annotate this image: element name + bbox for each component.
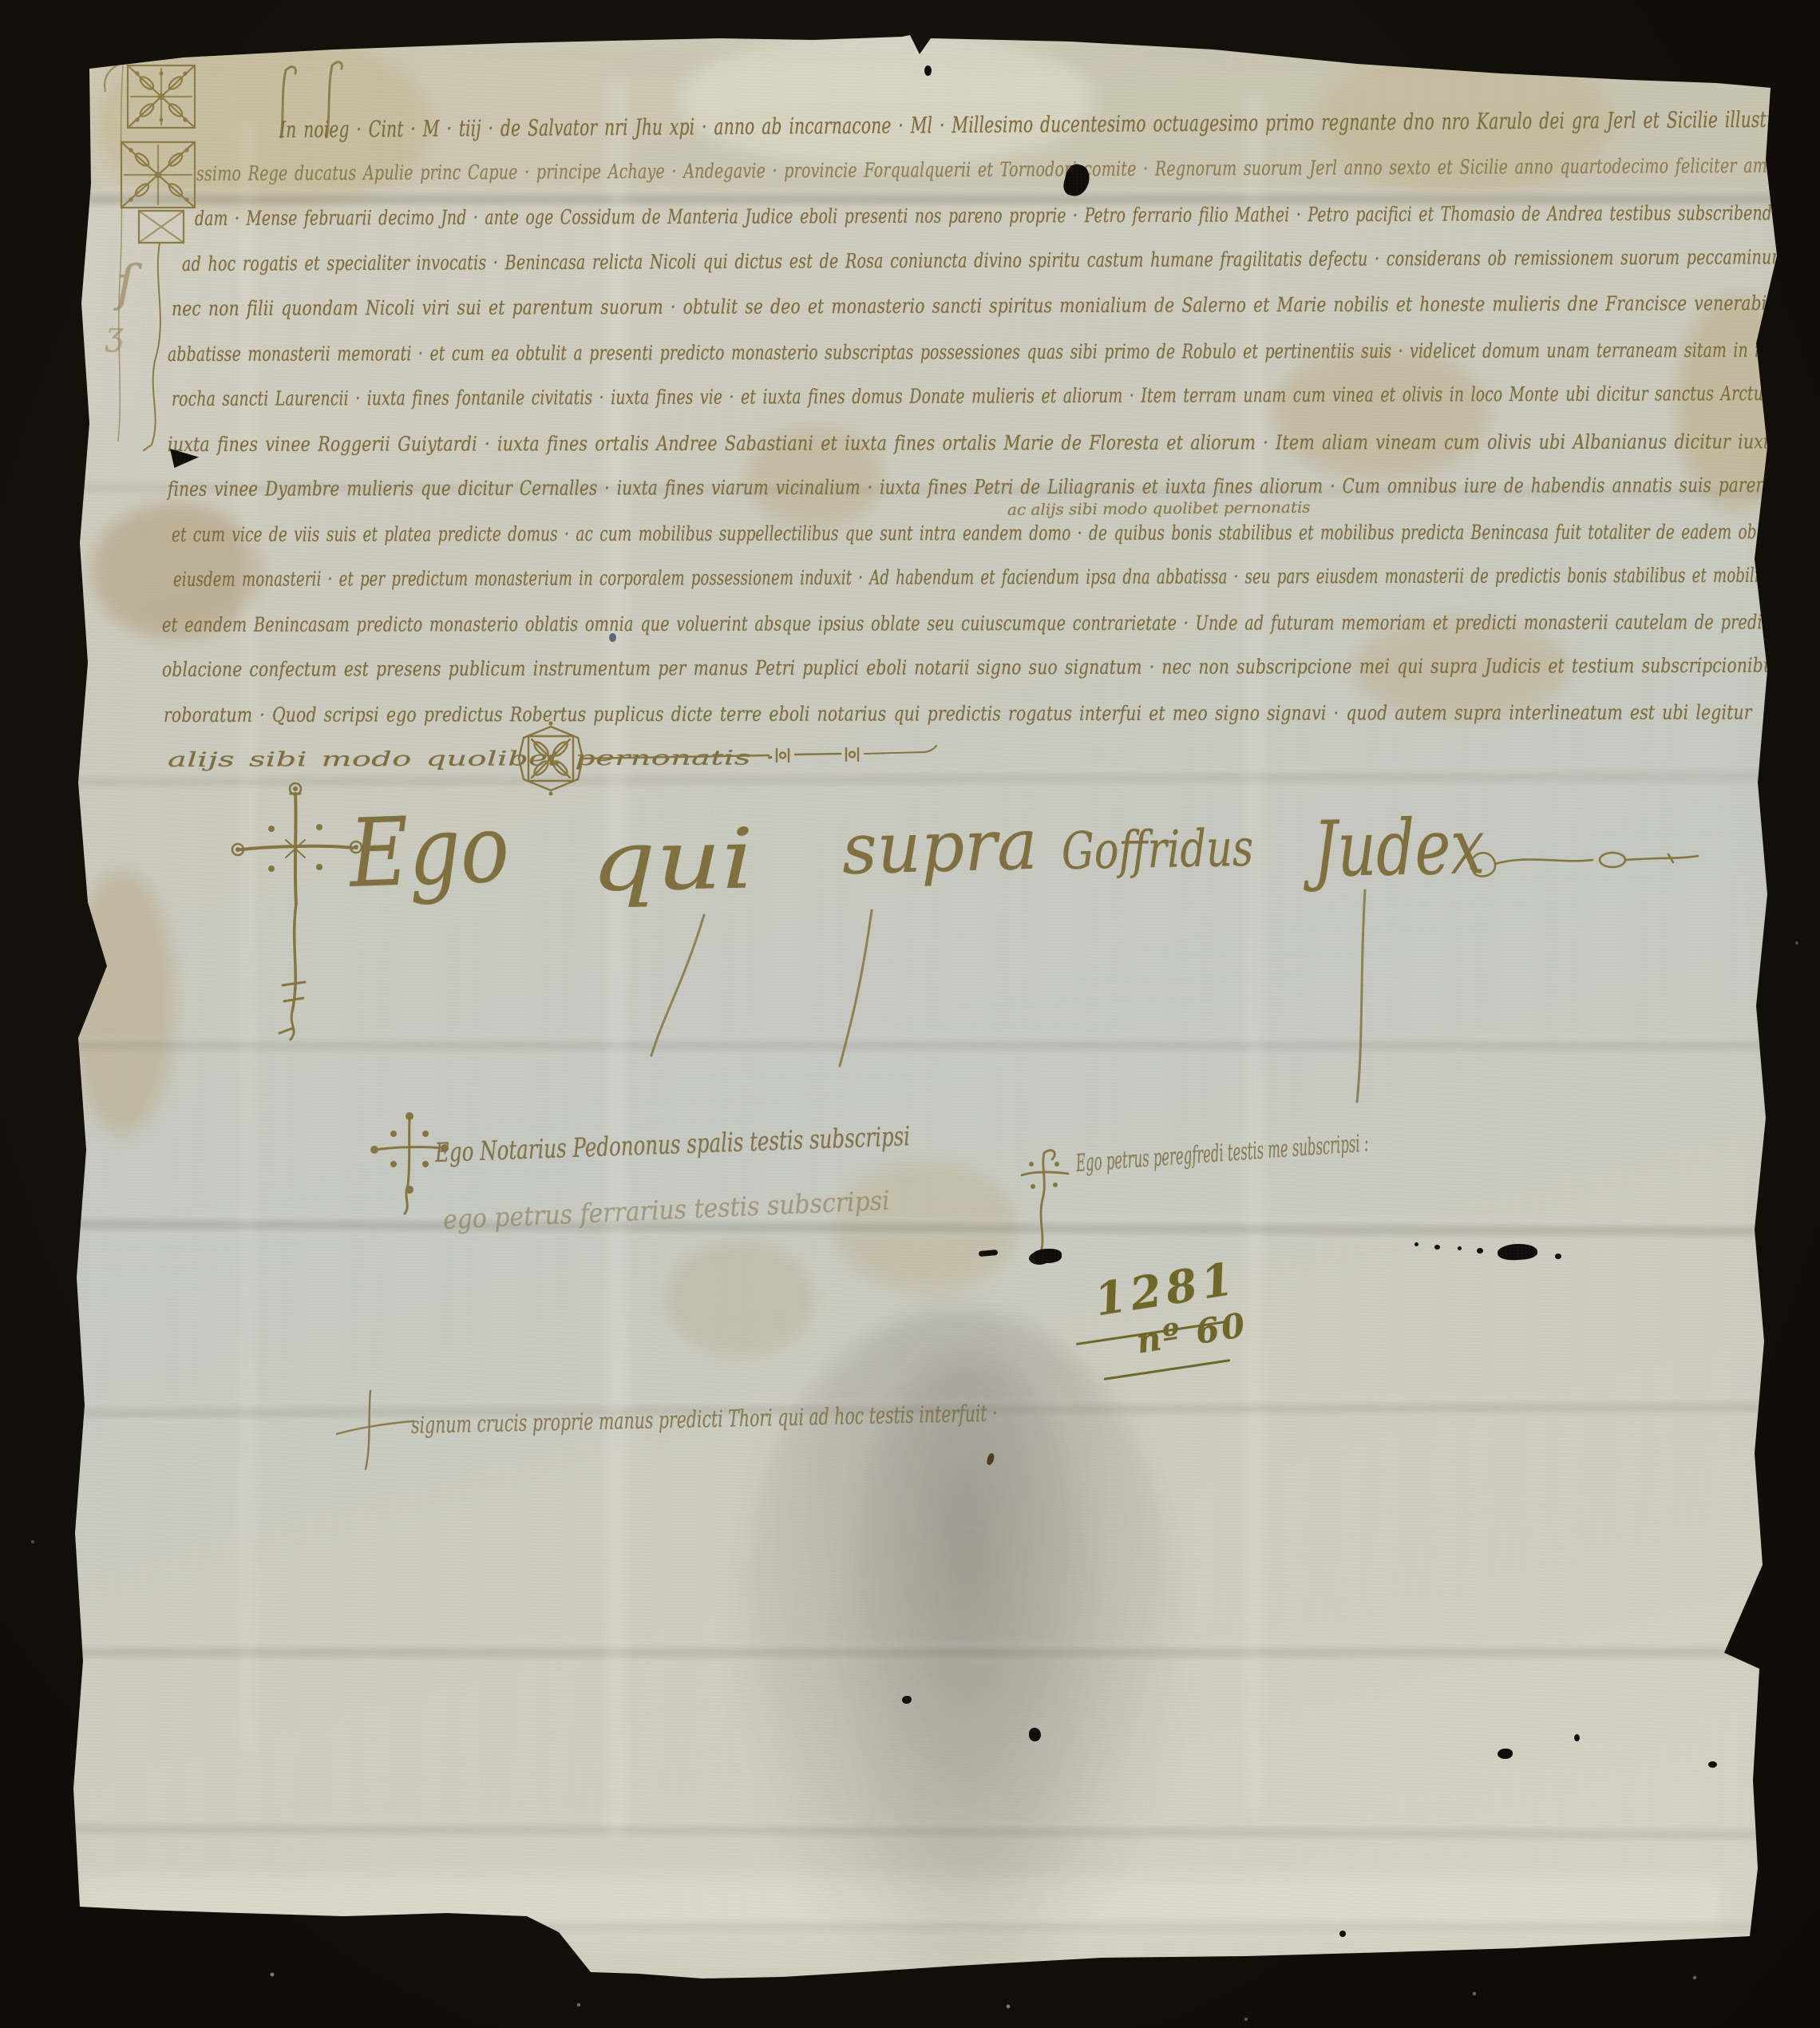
signature-flourish-icon [1465, 822, 1704, 894]
dust-specks [0, 0, 2, 2]
ink-blot [1555, 1254, 1561, 1259]
ink-blot [1434, 1245, 1440, 1250]
manuscript-line: eiusdem monasterii · et per predictum mo… [173, 564, 1786, 591]
signature-word: Ego [348, 793, 511, 909]
parchment-hole [1029, 1728, 1041, 1741]
manuscript-line: et cum vice de viis suis et platea predi… [172, 520, 1786, 546]
parchment-hole [609, 633, 616, 642]
parchment-hole [924, 65, 932, 76]
manuscript-line: oblacione confectum est presens publicum… [162, 654, 1782, 681]
signature-word: Goffridus [1061, 819, 1253, 881]
ink-blot [1477, 1248, 1483, 1254]
interline-note: ac alijs sibi modo quolibet pernonatis [1007, 499, 1311, 519]
ink-blot [1414, 1242, 1418, 1246]
signature-word: Judex [1312, 802, 1486, 894]
manuscript-line: iuxta fines vinee Roggerii Guiytardi · i… [168, 430, 1780, 456]
signature-word: supra [841, 803, 1039, 890]
ink-blot [1458, 1246, 1462, 1250]
attestation-cross-icon [329, 1383, 421, 1475]
photo-background: ſ ʒ In noieg · Cint · M · tiij · de Salv… [0, 0, 1820, 2028]
manuscript-line: fines vinee Dyambre mulieris que dicitur… [168, 473, 1786, 501]
manuscript-line: roboratum · Quod scripsi ego predictus R… [164, 701, 1752, 727]
parchment-hole [1574, 1734, 1580, 1741]
parchment-hole [1339, 1931, 1346, 1937]
manuscript-line: abbatisse monasterii memorati · et cum e… [168, 339, 1786, 366]
ink-blot [1031, 1249, 1062, 1263]
notary-rosette-icon [501, 717, 948, 805]
parchment-hole [1708, 1761, 1717, 1768]
manuscript-line: et eandem Benincasam predicto monasterio… [162, 610, 1786, 636]
signature-word: qui [590, 810, 755, 910]
parchment-hole [1498, 1749, 1513, 1759]
parchment-sheet: ſ ʒ In noieg · Cint · M · tiij · de Salv… [0, 0, 1820, 2028]
